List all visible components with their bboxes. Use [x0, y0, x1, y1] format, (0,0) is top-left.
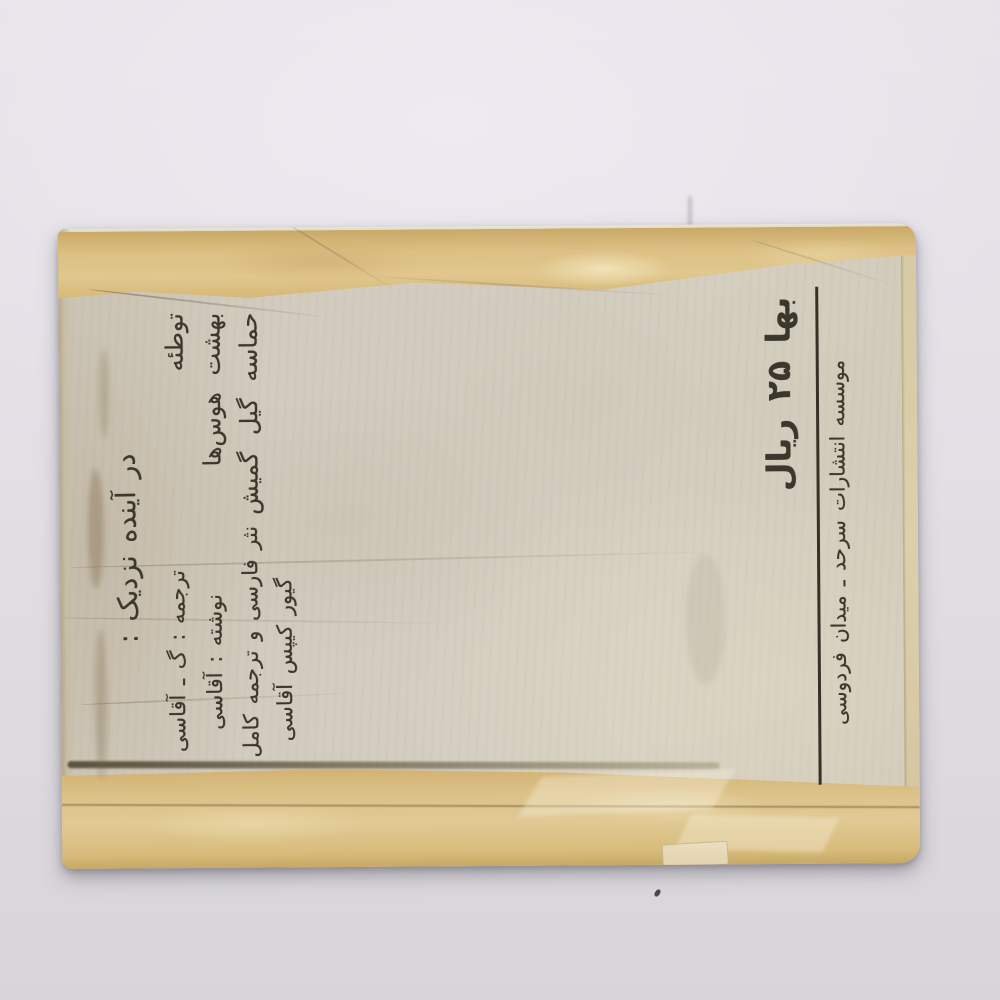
upcoming-credit-3-line2: گیور کیپس آقاسی [272, 578, 297, 742]
upcoming-credit-2: نوشته : آقاسی [202, 594, 227, 730]
upcoming-credit-1: ترجمه : گ ـ آقاسی [165, 570, 190, 752]
upcoming-title-1: توطئه [160, 313, 188, 371]
price-label: بها ۲۵ ریال [758, 297, 798, 492]
upcoming-title-2: بهشت هوس‌ها [197, 313, 226, 467]
cover-text-rotated: در آینده نزدیک : توطئه ترجمه : گ ـ آقاسی… [58, 223, 920, 869]
upcoming-credit-3: نثر فارسی و ترجمه کامل [238, 526, 264, 758]
publisher-label: موسسه انتشارات سرحد ـ میدان فردوسی [825, 334, 852, 750]
upcoming-title-3: حماسه گیل گمیش [234, 313, 263, 515]
price-divider-line [815, 287, 821, 785]
surface-speck [653, 888, 662, 897]
book-back-cover: در آینده نزدیک : توطئه ترجمه : گ ـ آقاسی… [58, 223, 920, 869]
coming-soon-heading: در آینده نزدیک : [106, 228, 148, 868]
photo-background: در آینده نزدیک : توطئه ترجمه : گ ـ آقاسی… [0, 0, 1000, 1000]
